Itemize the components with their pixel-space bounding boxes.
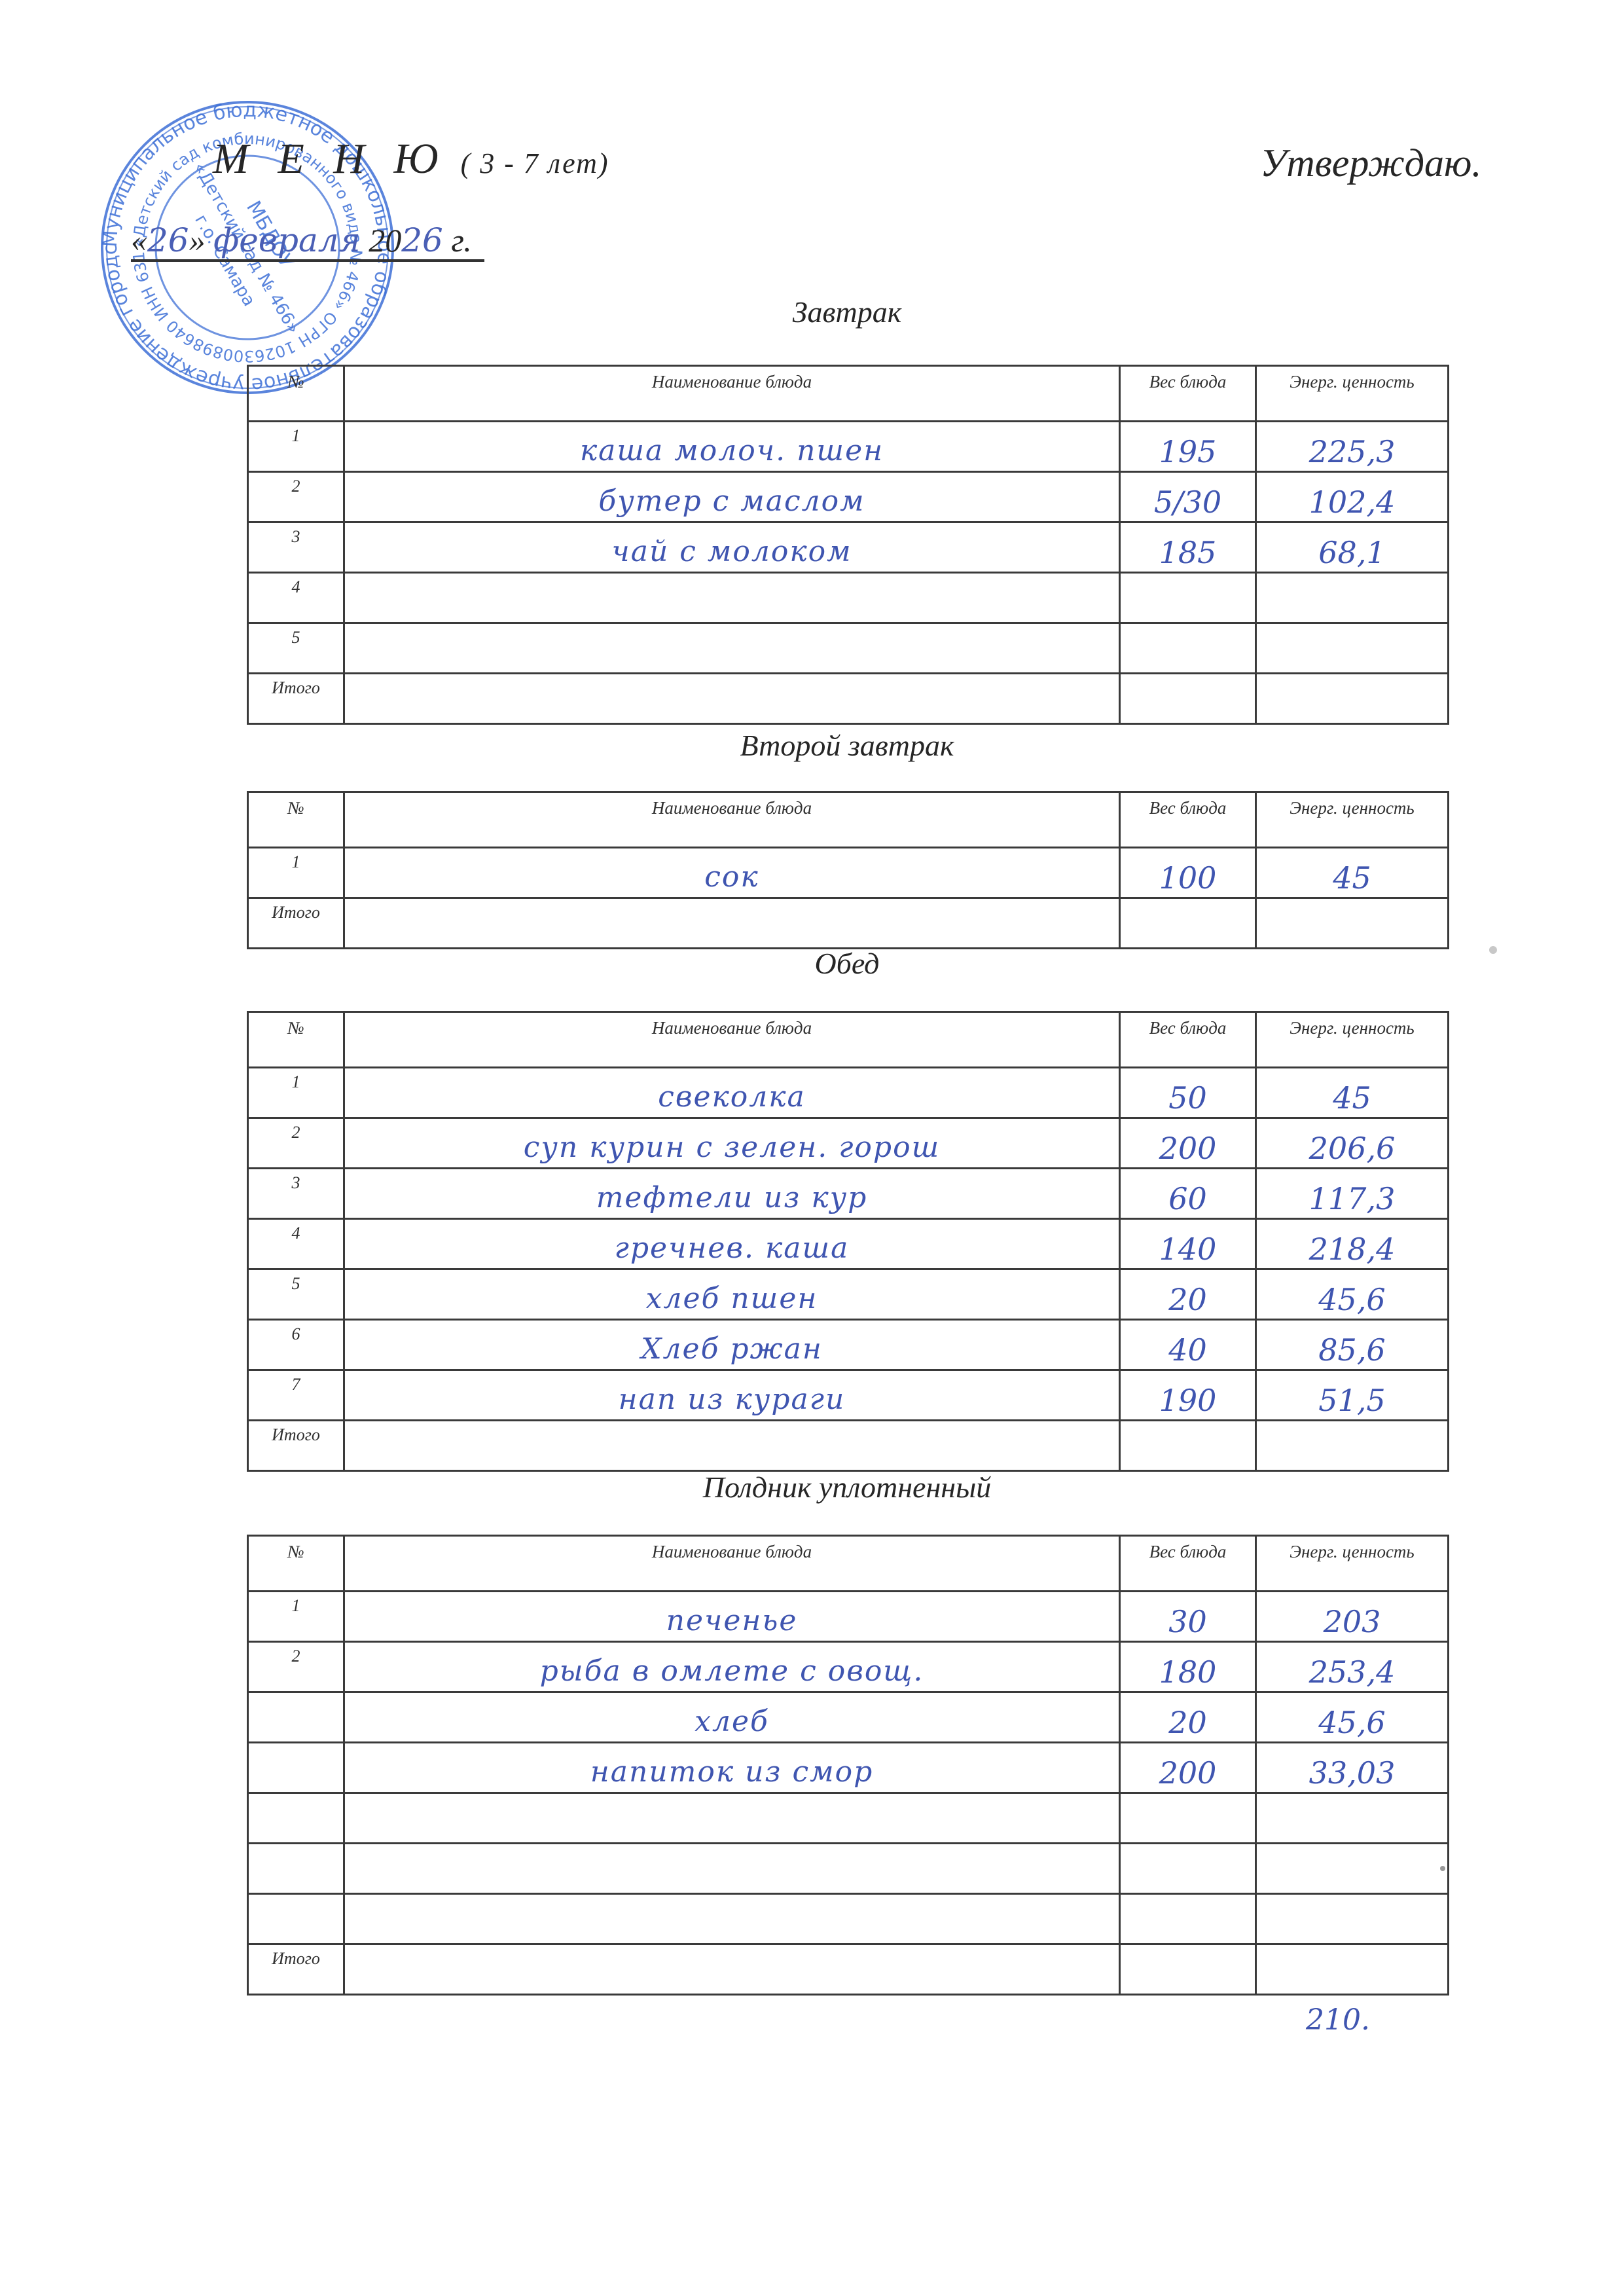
table-total-row: Итого (248, 1421, 1449, 1471)
column-header-energy: Энерг. ценность (1256, 792, 1449, 848)
dish-name: чай с молоком (345, 523, 1119, 568)
date-year: 26 (401, 221, 443, 259)
column-header-energy: Энерг. ценность (1256, 1536, 1449, 1592)
dish-energy (1257, 574, 1447, 585)
row-number (248, 1894, 344, 1944)
dish-energy: 203 (1257, 1592, 1447, 1639)
column-header-energy: Энерг. ценность (1256, 366, 1449, 422)
dish-energy: 33,03 (1257, 1743, 1447, 1791)
total-energy (1256, 898, 1449, 949)
approval-label: Утверждаю. (1260, 141, 1481, 186)
section-title-afternoon-snack: Полдник уплотненный (247, 1470, 1447, 1504)
dish-name: каша молоч. пшен (345, 422, 1119, 467)
dish-energy (1257, 1794, 1447, 1806)
dish-name: суп курин с зелен. горош (345, 1119, 1119, 1164)
table-row: 4гречнев. каша140218,4 (248, 1219, 1449, 1269)
menu-table-lunch: №Наименование блюдаВес блюдаЭнерг. ценно… (247, 1011, 1449, 1472)
date-month: февраля (213, 221, 361, 259)
dish-weight (1121, 574, 1255, 585)
table-row (248, 1894, 1449, 1944)
column-header-number: № (248, 1012, 344, 1068)
dish-name: хлеб (345, 1693, 1119, 1738)
table-row: 4 (248, 573, 1449, 623)
dish-name (345, 624, 1119, 636)
menu-title-text: М Е Н Ю (213, 135, 448, 183)
total-empty (344, 1421, 1120, 1471)
table-row: 1свеколка5045 (248, 1068, 1449, 1118)
dish-weight: 5/30 (1121, 473, 1255, 520)
total-empty (344, 1944, 1120, 1995)
dish-energy: 45,6 (1257, 1693, 1447, 1740)
row-number (248, 1743, 344, 1793)
total-energy (1256, 1944, 1449, 1995)
total-energy (1256, 674, 1449, 724)
column-header-number: № (248, 792, 344, 848)
dish-name (345, 1794, 1119, 1806)
total-energy (1256, 1421, 1449, 1471)
age-group: ( 3 - 7 лет) (461, 147, 609, 179)
dish-weight: 180 (1121, 1643, 1255, 1690)
row-number: 2 (248, 1642, 344, 1692)
menu-table-afternoon-snack: №Наименование блюдаВес блюдаЭнерг. ценно… (247, 1535, 1449, 1995)
column-header-dish: Наименование блюда (344, 366, 1120, 422)
total-label: Итого (248, 898, 344, 949)
total-weight (1120, 1421, 1256, 1471)
row-number (248, 1692, 344, 1743)
dish-weight: 60 (1121, 1169, 1255, 1216)
dish-name: хлеб пшен (345, 1270, 1119, 1315)
table-header-row: №Наименование блюдаВес блюдаЭнерг. ценно… (248, 366, 1449, 422)
menu-table-breakfast: №Наименование блюдаВес блюдаЭнерг. ценно… (247, 365, 1449, 725)
total-label: Итого (248, 1421, 344, 1471)
dish-name: напиток из смор (345, 1743, 1119, 1789)
section-title-lunch: Обед (247, 946, 1447, 981)
total-weight (1120, 674, 1256, 724)
dish-name: Хлеб ржан (345, 1321, 1119, 1366)
dish-name: тефтели из кур (345, 1169, 1119, 1214)
dish-name (345, 1844, 1119, 1856)
menu-table-second-breakfast: №Наименование блюдаВес блюдаЭнерг. ценно… (247, 791, 1449, 949)
scan-speck (1440, 1866, 1445, 1871)
table-row: 2рыба в омлете с овощ.180253,4 (248, 1642, 1449, 1692)
row-number (248, 1793, 344, 1844)
total-weight (1120, 1944, 1256, 1995)
dish-weight: 140 (1121, 1220, 1255, 1267)
handwritten-total-note: 210. (1306, 2003, 1370, 2037)
row-number: 5 (248, 1269, 344, 1320)
dish-name: бутер с маслом (345, 473, 1119, 518)
total-empty (344, 898, 1120, 949)
table-row: напиток из смор20033,03 (248, 1743, 1449, 1793)
table-row (248, 1793, 1449, 1844)
dish-name: гречнев. каша (345, 1220, 1119, 1265)
row-number: 1 (248, 848, 344, 898)
dish-weight (1121, 1844, 1255, 1856)
table-row: 2суп курин с зелен. горош200206,6 (248, 1118, 1449, 1169)
dish-energy: 225,3 (1257, 422, 1447, 469)
row-number: 6 (248, 1320, 344, 1370)
dish-weight (1121, 1895, 1255, 1906)
total-empty (344, 674, 1120, 724)
row-number: 5 (248, 623, 344, 674)
table-row: хлеб2045,6 (248, 1692, 1449, 1743)
row-number: 4 (248, 1219, 344, 1269)
dish-weight: 200 (1121, 1743, 1255, 1791)
table-row: 5 (248, 623, 1449, 674)
dish-energy: 102,4 (1257, 473, 1447, 520)
dish-name: нап из кураги (345, 1371, 1119, 1416)
row-number: 1 (248, 1068, 344, 1118)
menu-title: М Е Н Ю( 3 - 7 лет) (213, 134, 609, 184)
dish-weight: 195 (1121, 422, 1255, 469)
dish-weight: 185 (1121, 523, 1255, 570)
dish-energy: 68,1 (1257, 523, 1447, 570)
dish-weight: 30 (1121, 1592, 1255, 1639)
dish-weight: 40 (1121, 1321, 1255, 1368)
table-row: 7нап из кураги19051,5 (248, 1370, 1449, 1421)
table-total-row: Итого (248, 1944, 1449, 1995)
row-number: 4 (248, 573, 344, 623)
dish-weight (1121, 1794, 1255, 1806)
table-row: 5хлеб пшен2045,6 (248, 1269, 1449, 1320)
column-header-dish: Наименование блюда (344, 1012, 1120, 1068)
dish-weight (1121, 624, 1255, 636)
dish-energy: 85,6 (1257, 1321, 1447, 1368)
dish-weight: 20 (1121, 1693, 1255, 1740)
column-header-energy: Энерг. ценность (1256, 1012, 1449, 1068)
dish-energy: 45,6 (1257, 1270, 1447, 1317)
column-header-weight: Вес блюда (1120, 1536, 1256, 1592)
dish-energy: 51,5 (1257, 1371, 1447, 1418)
total-weight (1120, 898, 1256, 949)
table-row: 3тефтели из кур60117,3 (248, 1169, 1449, 1219)
dish-energy (1257, 624, 1447, 636)
row-number: 2 (248, 472, 344, 522)
table-header-row: №Наименование блюдаВес блюдаЭнерг. ценно… (248, 1012, 1449, 1068)
dish-energy (1257, 1895, 1447, 1906)
dish-energy: 45 (1257, 1068, 1447, 1116)
row-number (248, 1844, 344, 1894)
row-number: 3 (248, 522, 344, 573)
dish-name: сок (345, 848, 1119, 894)
total-label: Итого (248, 1944, 344, 1995)
table-header-row: №Наименование блюдаВес блюдаЭнерг. ценно… (248, 1536, 1449, 1592)
table-row: 6Хлеб ржан4085,6 (248, 1320, 1449, 1370)
row-number: 7 (248, 1370, 344, 1421)
column-header-weight: Вес блюда (1120, 1012, 1256, 1068)
table-row: 1каша молоч. пшен195225,3 (248, 422, 1449, 472)
column-header-dish: Наименование блюда (344, 792, 1120, 848)
table-total-row: Итого (248, 674, 1449, 724)
dish-name: свеколка (345, 1068, 1119, 1114)
dish-name (345, 1895, 1119, 1906)
dish-name: печенье (345, 1592, 1119, 1637)
row-number: 3 (248, 1169, 344, 1219)
column-header-number: № (248, 366, 344, 422)
column-header-weight: Вес блюда (1120, 792, 1256, 848)
dish-name: рыба в омлете с овощ. (345, 1643, 1119, 1688)
table-row: 3чай с молоком18568,1 (248, 522, 1449, 573)
dish-weight: 190 (1121, 1371, 1255, 1418)
section-title-breakfast: Завтрак (247, 295, 1447, 329)
row-number: 2 (248, 1118, 344, 1169)
dish-energy: 206,6 (1257, 1119, 1447, 1166)
column-header-dish: Наименование блюда (344, 1536, 1120, 1592)
table-row: 1печенье30203 (248, 1592, 1449, 1642)
scan-speck (1489, 946, 1497, 954)
menu-date: «26» февраля 2026 г. (131, 221, 484, 262)
dish-energy: 45 (1257, 848, 1447, 896)
table-row: 1сок10045 (248, 848, 1449, 898)
column-header-weight: Вес блюда (1120, 366, 1256, 422)
table-row (248, 1844, 1449, 1894)
table-header-row: №Наименование блюдаВес блюдаЭнерг. ценно… (248, 792, 1449, 848)
dish-weight: 50 (1121, 1068, 1255, 1116)
dish-name (345, 574, 1119, 585)
column-header-number: № (248, 1536, 344, 1592)
dish-energy: 117,3 (1257, 1169, 1447, 1216)
dish-weight: 200 (1121, 1119, 1255, 1166)
row-number: 1 (248, 422, 344, 472)
dish-energy: 218,4 (1257, 1220, 1447, 1267)
table-row: 2бутер с маслом5/30102,4 (248, 472, 1449, 522)
row-number: 1 (248, 1592, 344, 1642)
dish-weight: 100 (1121, 848, 1255, 896)
dish-energy (1257, 1844, 1447, 1856)
section-title-second-breakfast: Второй завтрак (247, 728, 1447, 763)
date-day: 26 (147, 221, 189, 259)
table-total-row: Итого (248, 898, 1449, 949)
dish-weight: 20 (1121, 1270, 1255, 1317)
total-label: Итого (248, 674, 344, 724)
dish-energy: 253,4 (1257, 1643, 1447, 1690)
